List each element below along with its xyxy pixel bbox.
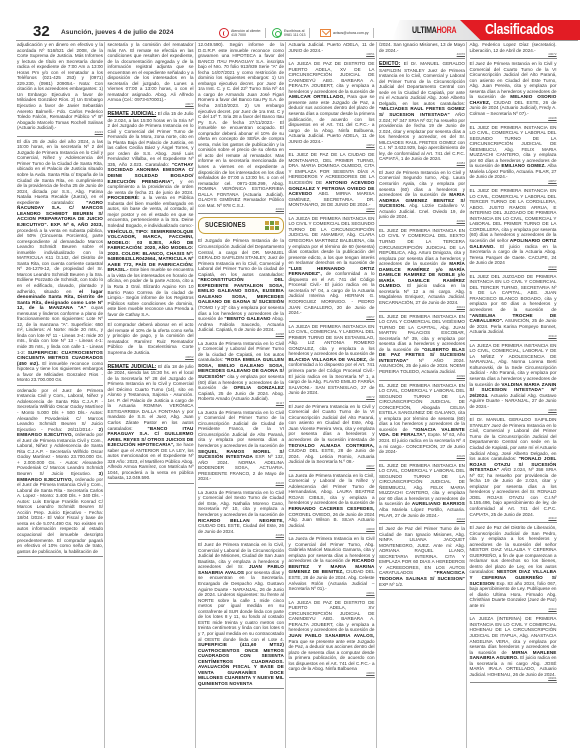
classified-ad: LA JUEZA DE PAZ DE DISTRITO DE PUERTO AD… bbox=[289, 600, 375, 678]
classified-ad: El día 25 de Julio del año 2024, a las 1… bbox=[17, 139, 103, 386]
classified-ad: secretaría y la comisión del rematador m… bbox=[108, 42, 194, 109]
divider bbox=[373, 28, 374, 38]
page-number: 32 bbox=[33, 25, 50, 39]
classified-ad: Abg. Federico Lopez Díaz (secretario). L… bbox=[470, 42, 557, 59]
section-title: Clasificados bbox=[485, 20, 554, 40]
ad-text: El día 18 de julio de 2024, siendo las 1… bbox=[108, 364, 194, 431]
ad-text: LA JUEZA DE PAZ DE DISTRITO DE PUERTO AD… bbox=[289, 600, 375, 633]
ad-highlight: SUPERFICIE (411,60 MTS2) CUATROCIENTOS O… bbox=[198, 642, 284, 686]
email-contact: avisos@uhora.com.py bbox=[320, 26, 374, 40]
classified-ad: EL JUEZ DE PAZ DE LA CIUDAD DE MONTANARO… bbox=[289, 152, 375, 213]
ad-text: El Dr. MANUEL GERALDO SAIFILDIN STANLEY … bbox=[470, 417, 557, 461]
brand-logo: ULTIMAHORA bbox=[412, 25, 456, 35]
mail-icon bbox=[320, 29, 331, 37]
ad-highlight: EMILIANO GOMEZ. bbox=[501, 163, 546, 168]
classified-ad: LA JUEZA DE PRIMERA INSTANCIA EN LO CIVI… bbox=[470, 343, 557, 416]
section-label: SUCESIONES bbox=[205, 223, 246, 229]
ad-code: 40089 bbox=[289, 672, 375, 675]
column-1: adjudicación y en dinero en efectivo y l… bbox=[16, 42, 105, 748]
ad-code: 40098 bbox=[198, 333, 284, 336]
header-rule bbox=[16, 40, 578, 41]
classified-ad: REMATE JUDICIAL: El día 18 de julio de 2… bbox=[108, 364, 194, 484]
ad-highlight: AURELIANO BARRIOS bbox=[412, 501, 465, 506]
classified-ad: adjudicación y en dinero en efectivo y l… bbox=[17, 42, 103, 137]
ad-highlight: VEHÍCULO, TIPO: SEMIRREMOLQUE VOLCADOR, … bbox=[108, 229, 194, 273]
ad-code: 40223 bbox=[17, 131, 103, 134]
whatsapp-contact: Escribinos al0981 111 013 bbox=[272, 26, 310, 40]
ad-code: 40106 bbox=[198, 482, 284, 485]
ad-code: 40114 bbox=[470, 608, 557, 611]
ad-text: El Dr. MANUEL GERALDO SAIFILDIN STANLEY … bbox=[379, 61, 465, 106]
classified-ad: ordenado por el Juez de Primera Instanci… bbox=[17, 388, 103, 557]
page-header: 32 Asunción, jueves 4 de julio de 2024 A… bbox=[0, 0, 580, 40]
classified-ad: EDICTO: El Dr. MANUEL GERALDO SAIFILDIN … bbox=[379, 61, 465, 168]
classified-ad: EL JUEZ DE PRIMERA INSTANCIA EN LO CIVIL… bbox=[379, 383, 465, 461]
ad-text: de conformidad a lo dispuesto por el Art… bbox=[289, 357, 375, 395]
ad-code: 40089 bbox=[198, 534, 284, 537]
ad-code: 40057 bbox=[470, 180, 557, 183]
ad-text: La Jueza de Primera Instancia en lo Civi… bbox=[289, 473, 375, 506]
classified-ad: El Juez de Primera Instancia en lo Civil… bbox=[289, 404, 375, 471]
ad-text: EL JUEZ DE PRIMERA INSTANCIA EN LO CIVIL… bbox=[470, 125, 557, 169]
ad-text: ordenado por el Juez de Primera Instanci… bbox=[17, 388, 103, 432]
ad-text: /2024. San Ignacio Misiones, 13 de Mayo … bbox=[379, 42, 465, 53]
classified-ad: El Juez de Primera Instancia en lo Civil… bbox=[198, 542, 284, 689]
ad-code: 40110 bbox=[470, 335, 557, 338]
ad-text: CIUDAD DEL ESTE, 28 de Junio de 2024. Ab… bbox=[289, 448, 375, 464]
classified-ad: EL JUEZ DE PRIMERA INSTANCIA EN LO CIVIL… bbox=[379, 314, 465, 381]
classifieds-columns: adjudicación y en dinero en efectivo y l… bbox=[16, 42, 578, 748]
ad-highlight: "RECONSTITUCIÓN DEL EXPEDIENTE FANTALEON… bbox=[198, 277, 284, 304]
ad-text: EL JUEZ DE PRIMERA INSTANCIA EN LO CIVIL… bbox=[379, 463, 465, 507]
classified-ad: LA JUEZA (INTERINA) DE PRIMERA INSTANCIA… bbox=[470, 616, 557, 683]
ad-text: Este bien mueble se encuentra a la vista… bbox=[108, 267, 194, 316]
classified-ad: El Juez de Primera Instancia en lo Civil… bbox=[379, 170, 465, 226]
ad-text: LA JUEZA DE PRIMERA INSTANCIA EN LO CIVI… bbox=[289, 216, 375, 265]
ad-code: 40100 bbox=[470, 266, 557, 269]
ad-text: EXP Nº 1/2. bbox=[379, 582, 403, 587]
ad-code: 40053 bbox=[289, 208, 375, 211]
ad-code: 40102 bbox=[379, 518, 465, 521]
ad-text: Alba Mariela López Portillo, Actuaria. P… bbox=[379, 507, 465, 518]
ad-code: 40101 bbox=[379, 306, 465, 309]
ad-highlight: TEOVALDO ALMADA CONTRERA, bbox=[289, 443, 375, 448]
email-address[interactable]: avisos@uhora.com.py bbox=[333, 31, 369, 35]
ad-code: 40105 bbox=[379, 455, 465, 458]
ad-text: LA JUEZA DE PRIMERA INSTANCIA EN LO CIVI… bbox=[289, 324, 375, 357]
ad-text: a la venta en Pública Subasta del bien m… bbox=[108, 195, 194, 228]
ad-text: Actuaria Judicial. Puerto ADELA, 11 de J… bbox=[289, 42, 375, 53]
contact-value: 415 7000 bbox=[231, 33, 246, 37]
classified-ad: El Dr. MANUEL GERALDO SAIFILDIN STANLEY … bbox=[470, 417, 557, 523]
classified-ad: La Jueza de Primera Instancia en lo Civi… bbox=[198, 410, 284, 488]
ad-text: ordenado por el Juez de Primera Instanci… bbox=[17, 432, 103, 476]
phone-icon bbox=[219, 28, 229, 38]
ad-text: Para que se presente ante este Juzgado d… bbox=[289, 94, 375, 143]
ad-text: El Juzgado de Primera Instancia de la Ci… bbox=[198, 238, 284, 276]
ad-text: Capiatá, 25 de Junio de 2024. Abog. Robe… bbox=[198, 391, 284, 402]
classified-ad: El Juez de Primera Instancia en lo Civil… bbox=[470, 61, 557, 122]
section-banner: ULTIMAHORA Clasificados bbox=[392, 20, 580, 40]
ad-text: procederá a la venta en subasta pública,… bbox=[17, 228, 103, 294]
ad-code: 40117 bbox=[198, 402, 284, 405]
classified-ad: EL JUEZ DE PRIMERA INSTANCIA EN LO CIVIL… bbox=[379, 228, 465, 312]
column-4: Actuaria Judicial. Puerto ADELA, 11 de J… bbox=[288, 42, 377, 748]
ad-highlight: PROCEDERÉ: bbox=[108, 195, 140, 200]
ad-highlight: AMILCAR ORTELLADO, bbox=[289, 94, 345, 99]
classified-ad: La Jueza de Primera Instancia en lo Civi… bbox=[198, 490, 284, 540]
ad-code: 40108 bbox=[470, 117, 557, 120]
ad-text: Se hace saber que el ANTERIOR DE LA LEY,… bbox=[108, 442, 194, 480]
ad-text: CIUDAD DEL ESTE, Ciudad del Este, 26 de … bbox=[198, 523, 284, 534]
ad-text: adjudicación y en dinero en efectivo y l… bbox=[17, 42, 103, 130]
ad-text: de conformidad a lo dispuesto en el Art.… bbox=[289, 271, 375, 315]
ad-code: 40099 bbox=[289, 528, 375, 531]
column-6: Abg. Federico Lopez Díaz (secretario). L… bbox=[469, 42, 558, 748]
ad-text: El Juez de Paz del Primer Turno de la Ci… bbox=[379, 526, 465, 575]
whatsapp-icon bbox=[272, 28, 282, 38]
ad-highlight: JUAN PABLO SANABRIA AVALOS, bbox=[289, 633, 375, 638]
ad-code: 40091 bbox=[289, 592, 375, 595]
classified-ad: EL JUEZ DE PRIMERA INSTANCIA EN LO CIVIL… bbox=[470, 188, 557, 272]
ad-text: AÑO 2.024, Nº 358 SRIA Nº 02; ha resuelt… bbox=[470, 467, 557, 516]
ad-highlight: "BENITO GALEANO bbox=[224, 316, 270, 321]
classified-ad: El Juzgado de Primera Instancia de la Ci… bbox=[198, 238, 284, 338]
ad-code: 40057 bbox=[289, 316, 375, 319]
classified-ad: EL JUEZ DEL JUZGADO DE PRIMERA INSTANCIA… bbox=[470, 274, 557, 341]
ad-code: 40072 bbox=[289, 396, 375, 399]
classified-ad: La Jueza de Primera Instancia en lo Civi… bbox=[289, 536, 375, 597]
ad-code: 40077 bbox=[108, 103, 194, 106]
ad-text: CORONEL OVIEDO, 26 de Junio de 2024 Abg.… bbox=[289, 512, 375, 528]
ad-code: 40004 bbox=[198, 208, 284, 211]
ad-text: 12.049.590). Según informe de la D.G.R.P… bbox=[198, 42, 284, 208]
ad-code: 40076 bbox=[379, 53, 465, 56]
ad-code: 40084 bbox=[379, 162, 465, 165]
ad-code: 40090 bbox=[379, 220, 465, 223]
customer-service-contact: Atención al cliente:415 7000 bbox=[219, 26, 266, 40]
ad-code: 40072 bbox=[470, 53, 557, 56]
ad-text: EL JUEZ DE PRIMERA INSTANCIA EN LO CIVIL… bbox=[470, 188, 557, 243]
classified-ad: El Juez de Paz del Distrito de Liberació… bbox=[470, 525, 557, 614]
ad-text: LA JUEZA DE PRIMERA INSTANCIA EN LO CIVI… bbox=[470, 343, 557, 387]
ad-text: La Jueza de Primera Instancia en lo Civi… bbox=[198, 410, 284, 448]
classified-ad: 12.049.590). Según informe de la D.G.R.P… bbox=[198, 42, 284, 214]
contact-value: 0981 111 013 bbox=[284, 33, 305, 37]
ad-code: 40096 bbox=[379, 375, 465, 378]
ad-highlight: FERNANDO CACERES CESPEDES, bbox=[289, 506, 375, 511]
ad-code: 40097 bbox=[289, 465, 375, 468]
ad-text: El Juez de Primera Instancia en lo Civil… bbox=[289, 404, 375, 442]
ad-text: EL JUEZ DEL JUZGADO DE PRIMERA INSTANCIA… bbox=[470, 274, 557, 312]
ad-text: El día 25 de Julio del año 2024, a las 1… bbox=[17, 139, 103, 205]
divider bbox=[265, 28, 266, 38]
ad-code: 40052 bbox=[108, 356, 194, 359]
classified-ad: EL JUEZ DE PRIMERA INSTANCIA EN LO CIVIL… bbox=[379, 463, 465, 524]
ad-code: 40113 bbox=[470, 517, 557, 520]
brand-part2: HORA bbox=[437, 25, 457, 35]
ad-code: 40052 bbox=[289, 144, 375, 147]
column-3: 12.049.590). Según informe de la D.G.R.P… bbox=[197, 42, 286, 748]
classified-ad: La Jueza de Primera Instancia en lo Civi… bbox=[289, 473, 375, 534]
ad-code: 40051 bbox=[289, 53, 375, 56]
ad-text: cuyas mensuras y linderos conforme a pla… bbox=[17, 305, 103, 354]
ad-text: El día 15 de Julio de 2.024, a las 15:00… bbox=[108, 111, 194, 167]
ad-text: La Jueza de Primera Instancia en lo Civi… bbox=[198, 490, 284, 517]
ad-highlight: BLACIDA VILLAGRA DE VALDEZ, bbox=[289, 357, 368, 362]
ad-text: El comprador deberá abonar en el acto de… bbox=[108, 322, 194, 355]
classified-ad: La Jueza de Primera Instancia en lo Civi… bbox=[198, 341, 284, 408]
ad-text: por sesenta días y se encuentran en la S… bbox=[198, 570, 284, 642]
classified-ad: El Juez de Paz del Primer Turno de la Ci… bbox=[379, 526, 465, 590]
ad-kicker: REMATE JUDICIAL: bbox=[108, 111, 157, 117]
classified-ad: LA JUEZA DE PRIMERA INSTANCIA EN LO CIVI… bbox=[289, 324, 375, 402]
column-5: /2024. San Ignacio Misiones, 13 de Mayo … bbox=[378, 42, 467, 748]
classified-ad: REMATE JUDICIAL: El día 15 de Julio de 2… bbox=[108, 111, 194, 320]
ad-highlight: "MILCIADES RAUL FRETES GOMEZ S/ SUCESION… bbox=[379, 106, 465, 117]
ad-text: Abg. Federico Lopez Díaz (secretario). L… bbox=[470, 42, 557, 53]
ornament-icon bbox=[265, 221, 279, 231]
ad-text: Para que se presente ante este Juzgado d… bbox=[289, 639, 375, 672]
classified-ad: LA JUEZA DE PAZ DE DISTRITO DE PUERTO AD… bbox=[289, 61, 375, 150]
classified-ad: El comprador deberá abonar en el acto de… bbox=[108, 322, 194, 361]
classified-ad: LA JUEZA DE PRIMERA INSTANCIA EN LO CIVI… bbox=[289, 216, 375, 322]
ad-text: El Juez de Paz del Distrito de Liberació… bbox=[470, 525, 557, 574]
brand-part1: ULTIMA bbox=[412, 25, 437, 35]
ad-text: secretaría y la comisión del rematador m… bbox=[108, 42, 194, 102]
ad-highlight: RICARDO BELLAN NEGRETE, bbox=[198, 518, 284, 523]
ad-text: ordenado por el Juez de Primera Instanci… bbox=[17, 477, 103, 554]
classified-ad: Actuaria Judicial. Puerto ADELA, 11 de J… bbox=[289, 42, 375, 59]
divider bbox=[309, 28, 310, 38]
ad-code: 40098 bbox=[470, 409, 557, 412]
ad-kicker: EDICTO: bbox=[379, 61, 400, 67]
ad-kicker: REMATE JUDICIAL: bbox=[108, 364, 157, 370]
ad-highlight: OFELIA GONZALEZ bbox=[234, 385, 284, 390]
section-header-sucesiones: SUCESIONES bbox=[198, 217, 284, 234]
ad-text: EL JUEZ DE PRIMERA INSTANCIA EN LO CIVIL… bbox=[379, 383, 465, 432]
classified-ad: EL JUEZ DE PRIMERA INSTANCIA EN LO CIVIL… bbox=[470, 125, 557, 186]
column-2: secretaría y la comisión del rematador m… bbox=[107, 42, 196, 748]
ad-code: 40101 bbox=[470, 677, 557, 680]
dateline: Asunción, jueves 4 de julio de 2024 bbox=[61, 29, 174, 36]
ad-text: AÑO 2.024; Nº 347 SRIA Nº 02; ha resuelt… bbox=[379, 112, 465, 161]
ad-text: LA JUEZA DE PAZ DE DISTRITO DE PUERTO AD… bbox=[289, 61, 375, 94]
classified-ad: /2024. San Ignacio Misiones, 13 de Mayo … bbox=[379, 42, 465, 59]
